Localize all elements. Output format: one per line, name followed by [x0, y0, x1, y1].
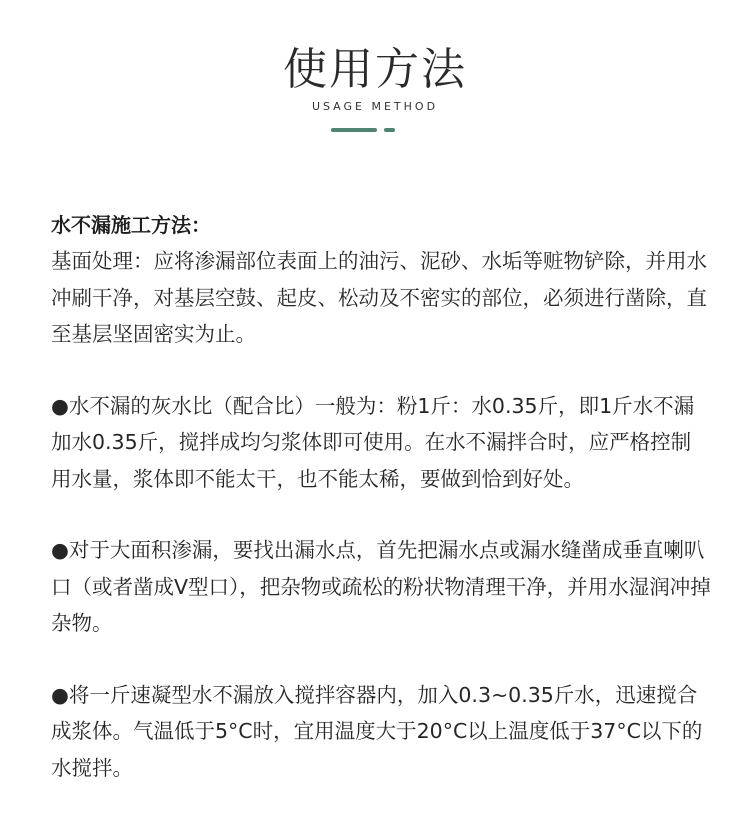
paragraph-mixing-temperature: ●将一斤速凝型水不漏放入搅拌容器内，加入0.3~0.35斤水，迅速搅合成浆体。气…	[51, 677, 711, 787]
page-subtitle: USAGE METHOD	[0, 100, 750, 114]
spacer	[51, 353, 711, 388]
paragraph-mix-ratio: ●水不漏的灰水比（配合比）一般为：粉1斤：水0.35斤，即1斤水不漏加水0.35…	[51, 388, 711, 498]
paragraph-surface-treatment: 基面处理：应将渗漏部位表面上的油污、泥砂、水垢等赃物铲除，并用水冲刷干净，对基层…	[51, 243, 711, 353]
spacer	[51, 642, 711, 677]
spacer	[51, 497, 711, 532]
section-title: 水不漏施工方法：	[51, 207, 711, 243]
paragraph-large-leak: ●对于大面积渗漏，要找出漏水点，首先把漏水点或漏水缝凿成垂直喇叭口（或者凿成V型…	[51, 532, 711, 642]
usage-content: 水不漏施工方法： 基面处理：应将渗漏部位表面上的油污、泥砂、水垢等赃物铲除，并用…	[51, 207, 711, 786]
decorative-bar-short	[384, 128, 395, 132]
decorative-bar-long	[331, 128, 377, 132]
page-title: 使用方法	[0, 42, 750, 98]
